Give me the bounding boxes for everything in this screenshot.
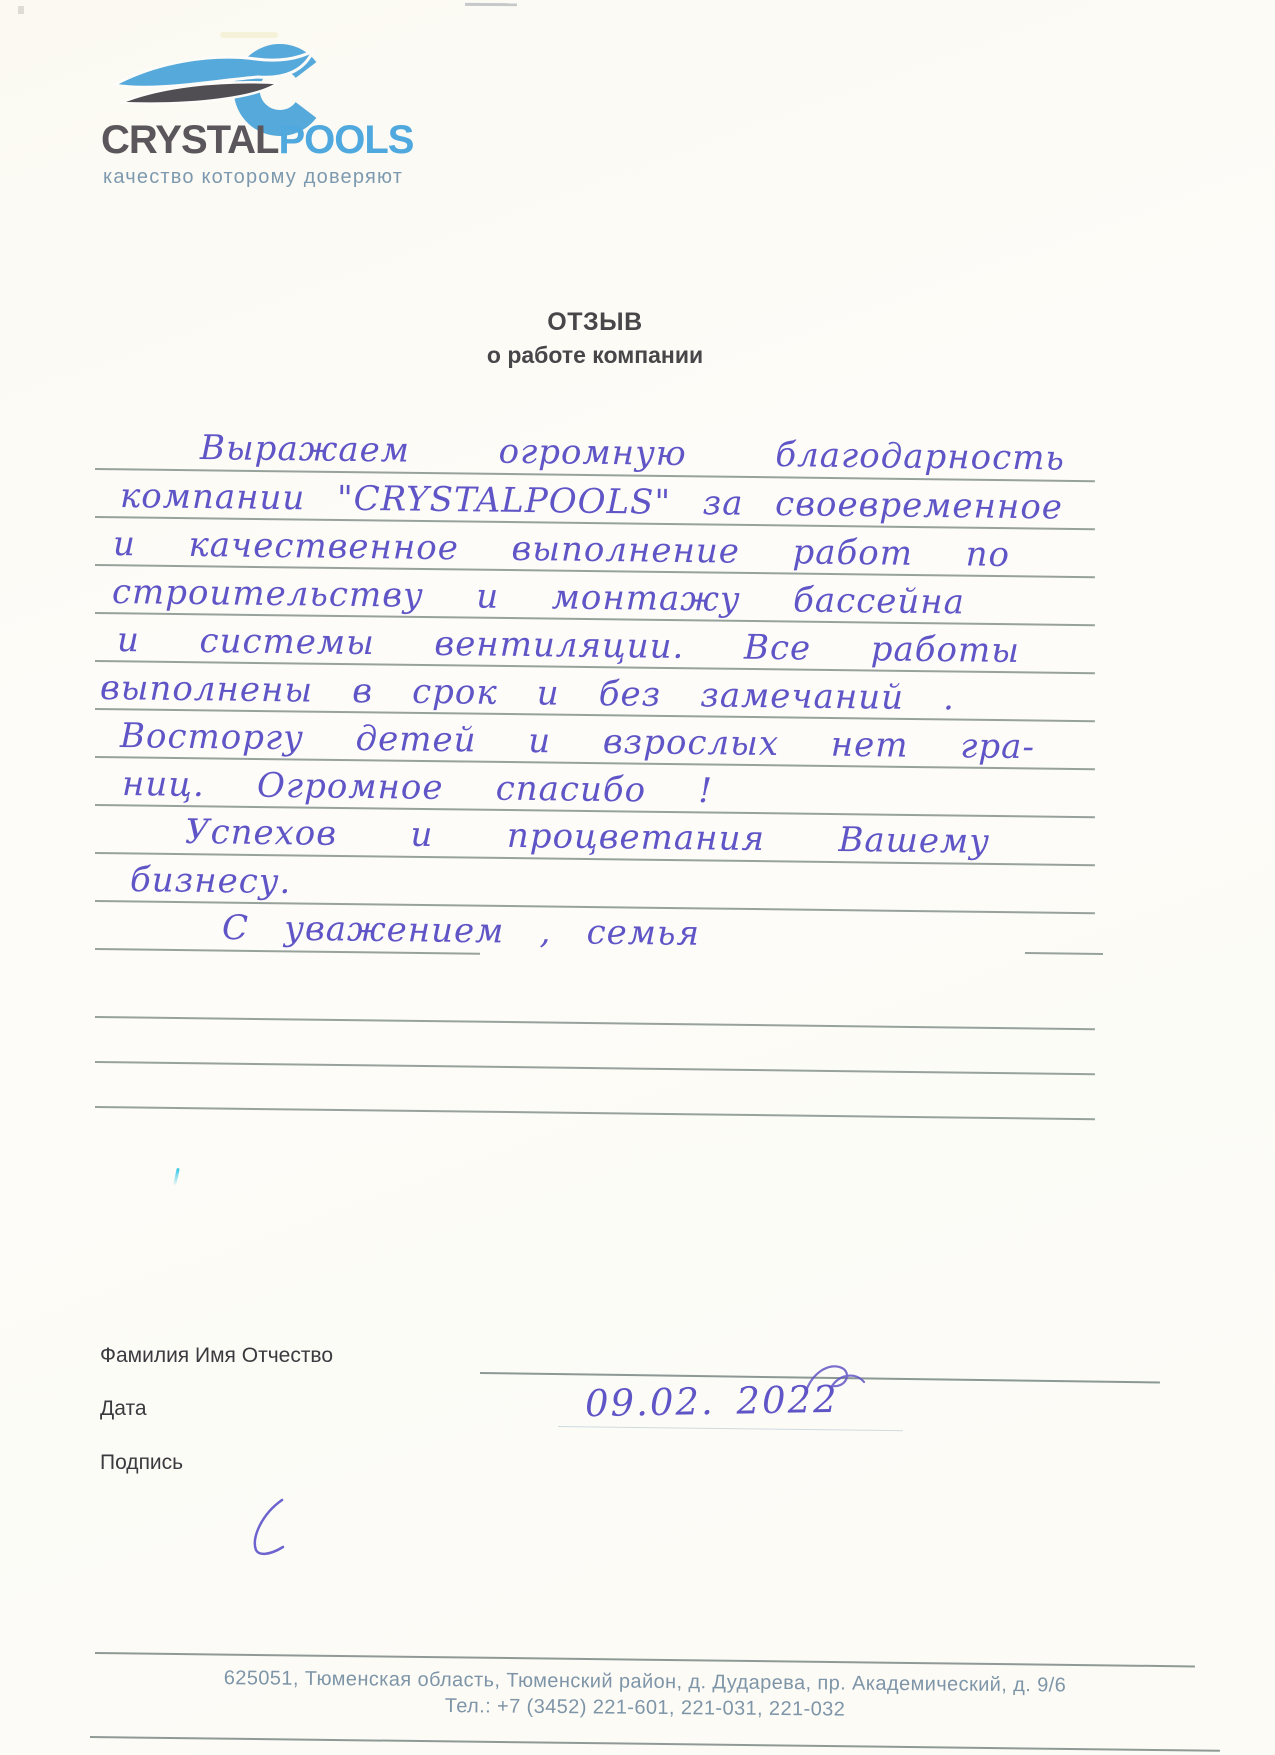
handwritten-line: Успехов и процветания Вашему [185, 810, 991, 866]
scan-speck [18, 6, 24, 14]
document-title-block: ОТЗЫВ о работе компании [0, 308, 1190, 369]
date-flourish-stroke [798, 1360, 870, 1406]
ruled-line [95, 1061, 1095, 1075]
handwritten-line: и системы вентиляции. Все работы [117, 618, 1020, 675]
fio-label: Фамилия Имя Отчество [100, 1344, 333, 1368]
signature-mark [246, 1496, 294, 1560]
scanned-review-document: CRYSTALPOOLS качество которому доверяют … [0, 0, 1275, 1755]
ruled-line [95, 1016, 1095, 1030]
handwritten-line: бизнесу. [130, 858, 331, 906]
ruled-line [1025, 952, 1103, 955]
handwritten-line: Выражаем огромную благодарность [200, 426, 1065, 483]
brand-crystal: CRYSTAL [101, 118, 278, 162]
pen-mark-teal [173, 1168, 179, 1185]
handwritten-line: выполнены в срок и без замечаний . [100, 666, 955, 722]
scan-speck [465, 3, 517, 6]
handwritten-line: С уважением , семья [222, 906, 701, 958]
date-line [558, 1426, 903, 1431]
brand-pools: POOLS [278, 118, 413, 162]
signature-label: Подпись [100, 1451, 183, 1475]
handwritten-line: Восторгу детей и взрослых нет гра- [120, 714, 1035, 771]
brand-name: CRYSTALPOOLS [101, 118, 413, 163]
footer-rule-bottom [90, 1736, 1220, 1752]
handwritten-line: и качественное выполнение работ по [113, 522, 1010, 579]
document-title: ОТЗЫВ [0, 308, 1190, 337]
date-label: Дата [100, 1397, 147, 1421]
handwritten-line: строительству и монтажу бассейна [112, 570, 965, 626]
handwritten-line: ниц. Огромное спасибо ! [122, 762, 714, 815]
brand-tagline: качество которому доверяют [103, 166, 403, 189]
footer-rule-top [95, 1652, 1195, 1667]
scan-smudge [220, 32, 278, 38]
document-subtitle: о работе компании [0, 342, 1190, 369]
ruled-line [95, 1106, 1095, 1120]
